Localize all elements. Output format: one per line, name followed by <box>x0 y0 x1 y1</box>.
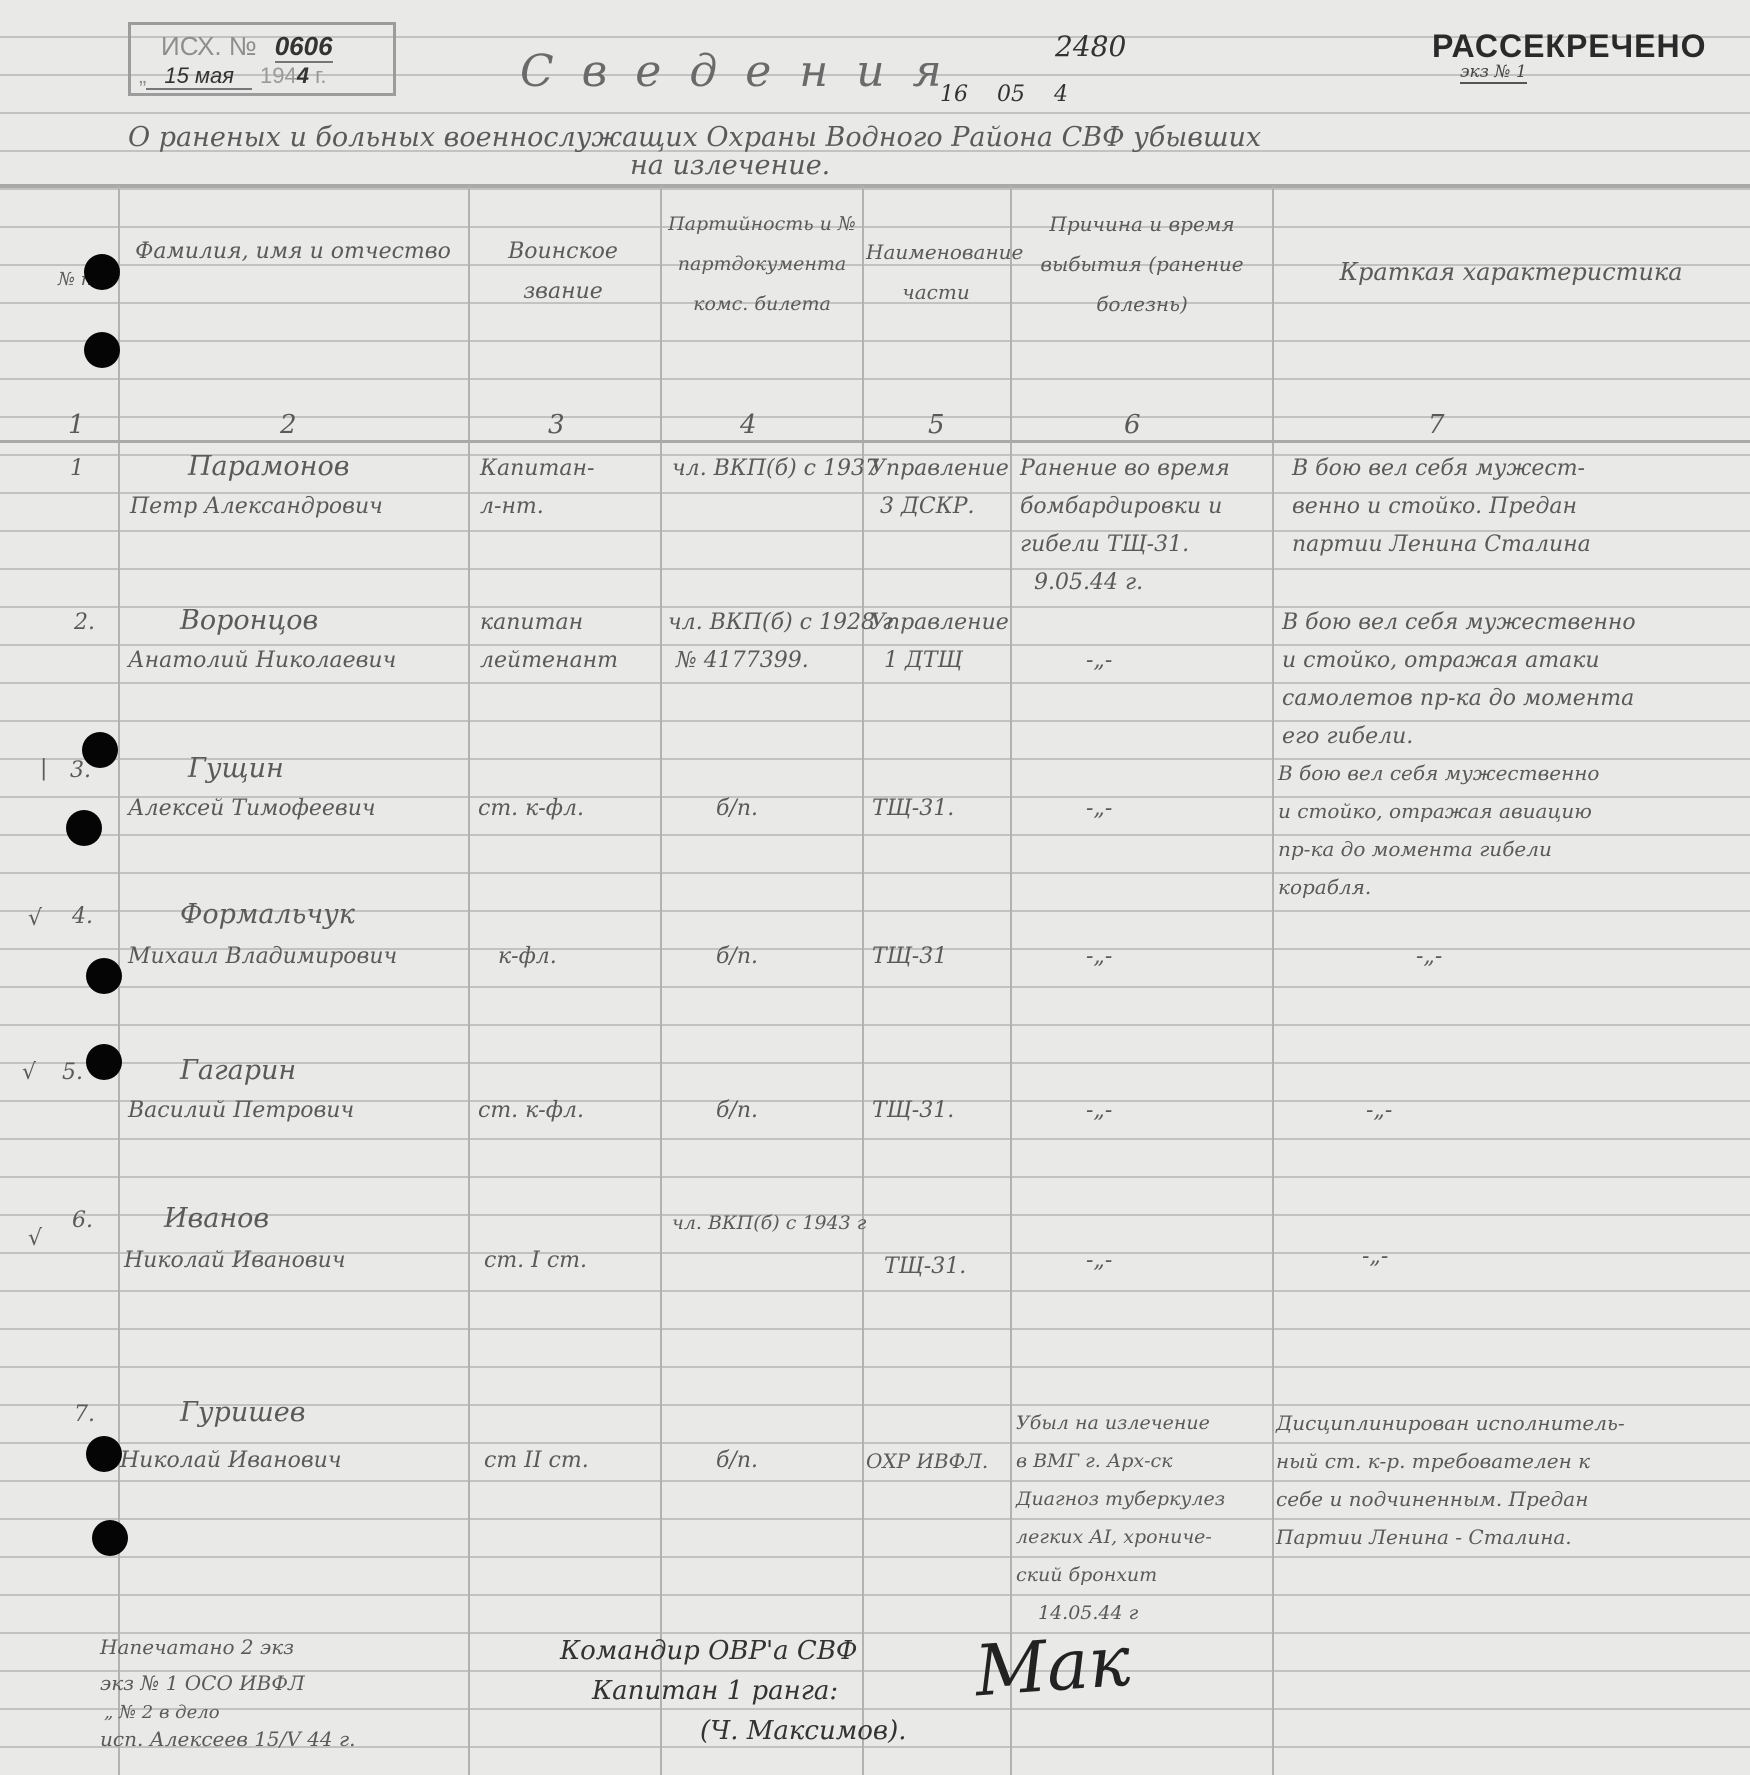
rank: ст. к-фл. <box>478 790 584 828</box>
reason-ditto: -„- <box>1086 1242 1112 1280</box>
characteristic: ный ст. к-р. требователен к <box>1276 1442 1590 1480</box>
unit: Управление <box>870 450 1009 488</box>
reason: гибели ТЩ-31. <box>1020 526 1189 564</box>
unit: 1 ДТЩ <box>884 642 963 680</box>
outgoing-number: 0606 <box>275 31 333 63</box>
characteristic: В бою вел себя мужест- <box>1292 450 1585 488</box>
column-number: 4 <box>740 410 757 440</box>
party: чл. ВКП(б) с 1943 г <box>672 1204 866 1242</box>
punch-hole <box>86 1436 122 1472</box>
characteristic: корабля. <box>1278 868 1371 906</box>
characteristic: Партии Ленина - Сталина. <box>1276 1518 1572 1556</box>
header-unit: Наименование части <box>866 232 1006 312</box>
outgoing-stamp: ИСХ. №0606 „15 мая1944 г. <box>128 22 396 96</box>
rank: к-фл. <box>498 938 557 976</box>
party: б/п. <box>716 1092 758 1130</box>
party: № 4177399. <box>676 642 809 680</box>
header-characteristic: Краткая характеристика <box>1276 252 1746 292</box>
reason: 9.05.44 г. <box>1034 564 1143 602</box>
signatory-title: Командир ОВР'а СВФ <box>560 1632 858 1670</box>
column-number: 5 <box>928 410 945 440</box>
given-names: Василий Петрович <box>128 1092 354 1130</box>
reason-ditto: -„- <box>1086 790 1112 828</box>
given-names: Петр Александрович <box>130 488 383 526</box>
characteristic: себе и подчиненным. Предан <box>1276 1480 1588 1518</box>
characteristic: пр-ка до момента гибели <box>1278 830 1552 868</box>
reason: бомбардировки и <box>1020 488 1222 526</box>
given-names: Михаил Владимирович <box>128 938 397 976</box>
row-number: 2. <box>74 604 95 642</box>
reason-ditto: -„- <box>1086 938 1112 976</box>
party: б/п. <box>716 790 758 828</box>
characteristic-ditto: -„- <box>1362 1238 1388 1276</box>
unit: ТЩ-31 <box>872 938 947 976</box>
row-number: 7. <box>74 1396 95 1434</box>
year-suffix: г. <box>315 63 326 88</box>
table-top-rule <box>0 184 1750 188</box>
document-subtitle: О раненых и больных военнослужащих Охран… <box>128 122 1261 153</box>
header-full-name: Фамилия, имя и отчество <box>128 232 458 272</box>
column-divider <box>1010 186 1012 1775</box>
surname: Иванов <box>164 1200 269 1238</box>
reason-ditto: -„- <box>1086 642 1112 680</box>
rank: ст. I ст. <box>484 1242 587 1280</box>
rank: ст. к-фл. <box>478 1092 584 1130</box>
signature: Мак <box>972 1620 1133 1713</box>
characteristic: Дисциплинирован исполнитель- <box>1276 1404 1625 1442</box>
rank: л-нт. <box>480 488 544 526</box>
surname: Гуришев <box>180 1394 305 1432</box>
column-divider <box>468 186 470 1775</box>
outgoing-label: ИСХ. № <box>161 31 257 61</box>
reason: ский бронхит <box>1016 1556 1157 1594</box>
characteristic: и стойко, отражая авиацию <box>1278 792 1592 830</box>
margin-check-mark: √ <box>22 1054 36 1092</box>
punch-hole <box>84 332 120 368</box>
reason: Убыл на излечение <box>1016 1404 1210 1442</box>
party: чл. ВКП(б) с 1928 г <box>668 604 893 642</box>
reason: Ранение во время <box>1020 450 1230 488</box>
reason: Диагноз туберкулез <box>1016 1480 1225 1518</box>
characteristic: В бою вел себя мужественно <box>1282 604 1636 642</box>
incoming-reg-number: 2480 <box>1055 30 1126 63</box>
reason-ditto: -„- <box>1086 1092 1112 1130</box>
surname: Воронцов <box>180 602 318 640</box>
copies-note-line: Напечатано 2 экз <box>100 1628 294 1666</box>
margin-check-mark: | <box>40 750 47 788</box>
characteristic-ditto: -„- <box>1366 1092 1392 1130</box>
given-names: Николай Иванович <box>120 1442 342 1480</box>
document-title: Сведения <box>520 46 970 97</box>
signatory-rank: Капитан 1 ранга: <box>592 1672 838 1710</box>
outgoing-date: 15 мая <box>146 63 252 90</box>
punch-hole <box>86 958 122 994</box>
given-names: Анатолий Николаевич <box>128 642 396 680</box>
rank: ст II ст. <box>484 1442 589 1480</box>
reason: легких АI, хрониче- <box>1016 1518 1212 1556</box>
rank: Капитан- <box>480 450 594 488</box>
scanned-document-page: ИСХ. №0606 „15 мая1944 г. Сведения 2480 … <box>0 0 1750 1775</box>
row-number: 4. <box>72 898 93 936</box>
characteristic: венно и стойко. Предан <box>1292 488 1577 526</box>
unit: ТЩ-31. <box>872 1092 954 1130</box>
rank: капитан <box>480 604 583 642</box>
punch-hole <box>82 732 118 768</box>
column-number: 3 <box>548 410 565 440</box>
row-number: 5. <box>62 1054 83 1092</box>
margin-check-mark: √ <box>28 900 42 938</box>
column-number: 2 <box>280 410 297 440</box>
characteristic: В бою вел себя мужественно <box>1278 754 1599 792</box>
characteristic: самолетов пр-ка до момента <box>1282 680 1634 718</box>
given-names: Николай Иванович <box>124 1242 346 1280</box>
document-subtitle-cont: на излечение. <box>630 150 830 181</box>
party: чл. ВКП(б) с 1937 <box>672 450 879 488</box>
characteristic-ditto: -„- <box>1416 938 1442 976</box>
party: б/п. <box>716 1442 758 1480</box>
punch-hole <box>92 1520 128 1556</box>
surname: Гущин <box>188 750 284 788</box>
year-printed: 194 <box>260 63 297 88</box>
column-number: 6 <box>1124 410 1141 440</box>
unit: 3 ДСКР. <box>880 488 975 526</box>
characteristic: и стойко, отражая атаки <box>1282 642 1600 680</box>
unit: Управление <box>870 604 1009 642</box>
characteristic: партии Ленина Сталина <box>1292 526 1591 564</box>
punch-hole <box>66 810 102 846</box>
surname: Парамонов <box>188 448 349 486</box>
unit: ТЩ-31. <box>872 790 954 828</box>
rank: лейтенант <box>480 642 618 680</box>
party: б/п. <box>716 938 758 976</box>
surname: Формальчук <box>180 896 355 934</box>
column-divider <box>862 186 864 1775</box>
column-divider <box>660 186 662 1775</box>
incoming-reg-date: 16 05 4 <box>940 82 1068 107</box>
punch-hole <box>84 254 120 290</box>
punch-hole <box>86 1044 122 1080</box>
unit: ТЩ-31. <box>884 1248 966 1286</box>
reason: в ВМГ г. Арх-ск <box>1016 1442 1173 1480</box>
column-number: 7 <box>1428 410 1445 440</box>
year-handwritten: 4 <box>297 63 309 88</box>
copies-note-line: исп. Алексеев 15/V 44 г. <box>100 1720 355 1758</box>
column-number: 1 <box>68 410 85 440</box>
declassified-stamp: РАССЕКРЕЧЕНО <box>1432 28 1706 65</box>
signatory-name: (Ч. Максимов). <box>700 1712 906 1750</box>
unit: ОХР ИВФЛ. <box>866 1442 988 1480</box>
given-names: Алексей Тимофеевич <box>128 790 376 828</box>
header-rank: Воинское звание <box>478 232 648 312</box>
row-number: 6. <box>72 1202 93 1240</box>
header-reason: Причина и время выбытия (ранение болезнь… <box>1014 204 1270 324</box>
surname: Гагарин <box>180 1052 296 1090</box>
header-party: Партийность и № партдокумента комс. биле… <box>664 204 860 324</box>
characteristic: его гибели. <box>1282 718 1413 756</box>
row-number: 1 <box>70 450 84 488</box>
header-bottom-rule <box>0 440 1750 443</box>
column-divider <box>1272 186 1274 1775</box>
copy-number: экз № 1 <box>1460 62 1527 84</box>
margin-check-mark: √ <box>28 1220 42 1258</box>
